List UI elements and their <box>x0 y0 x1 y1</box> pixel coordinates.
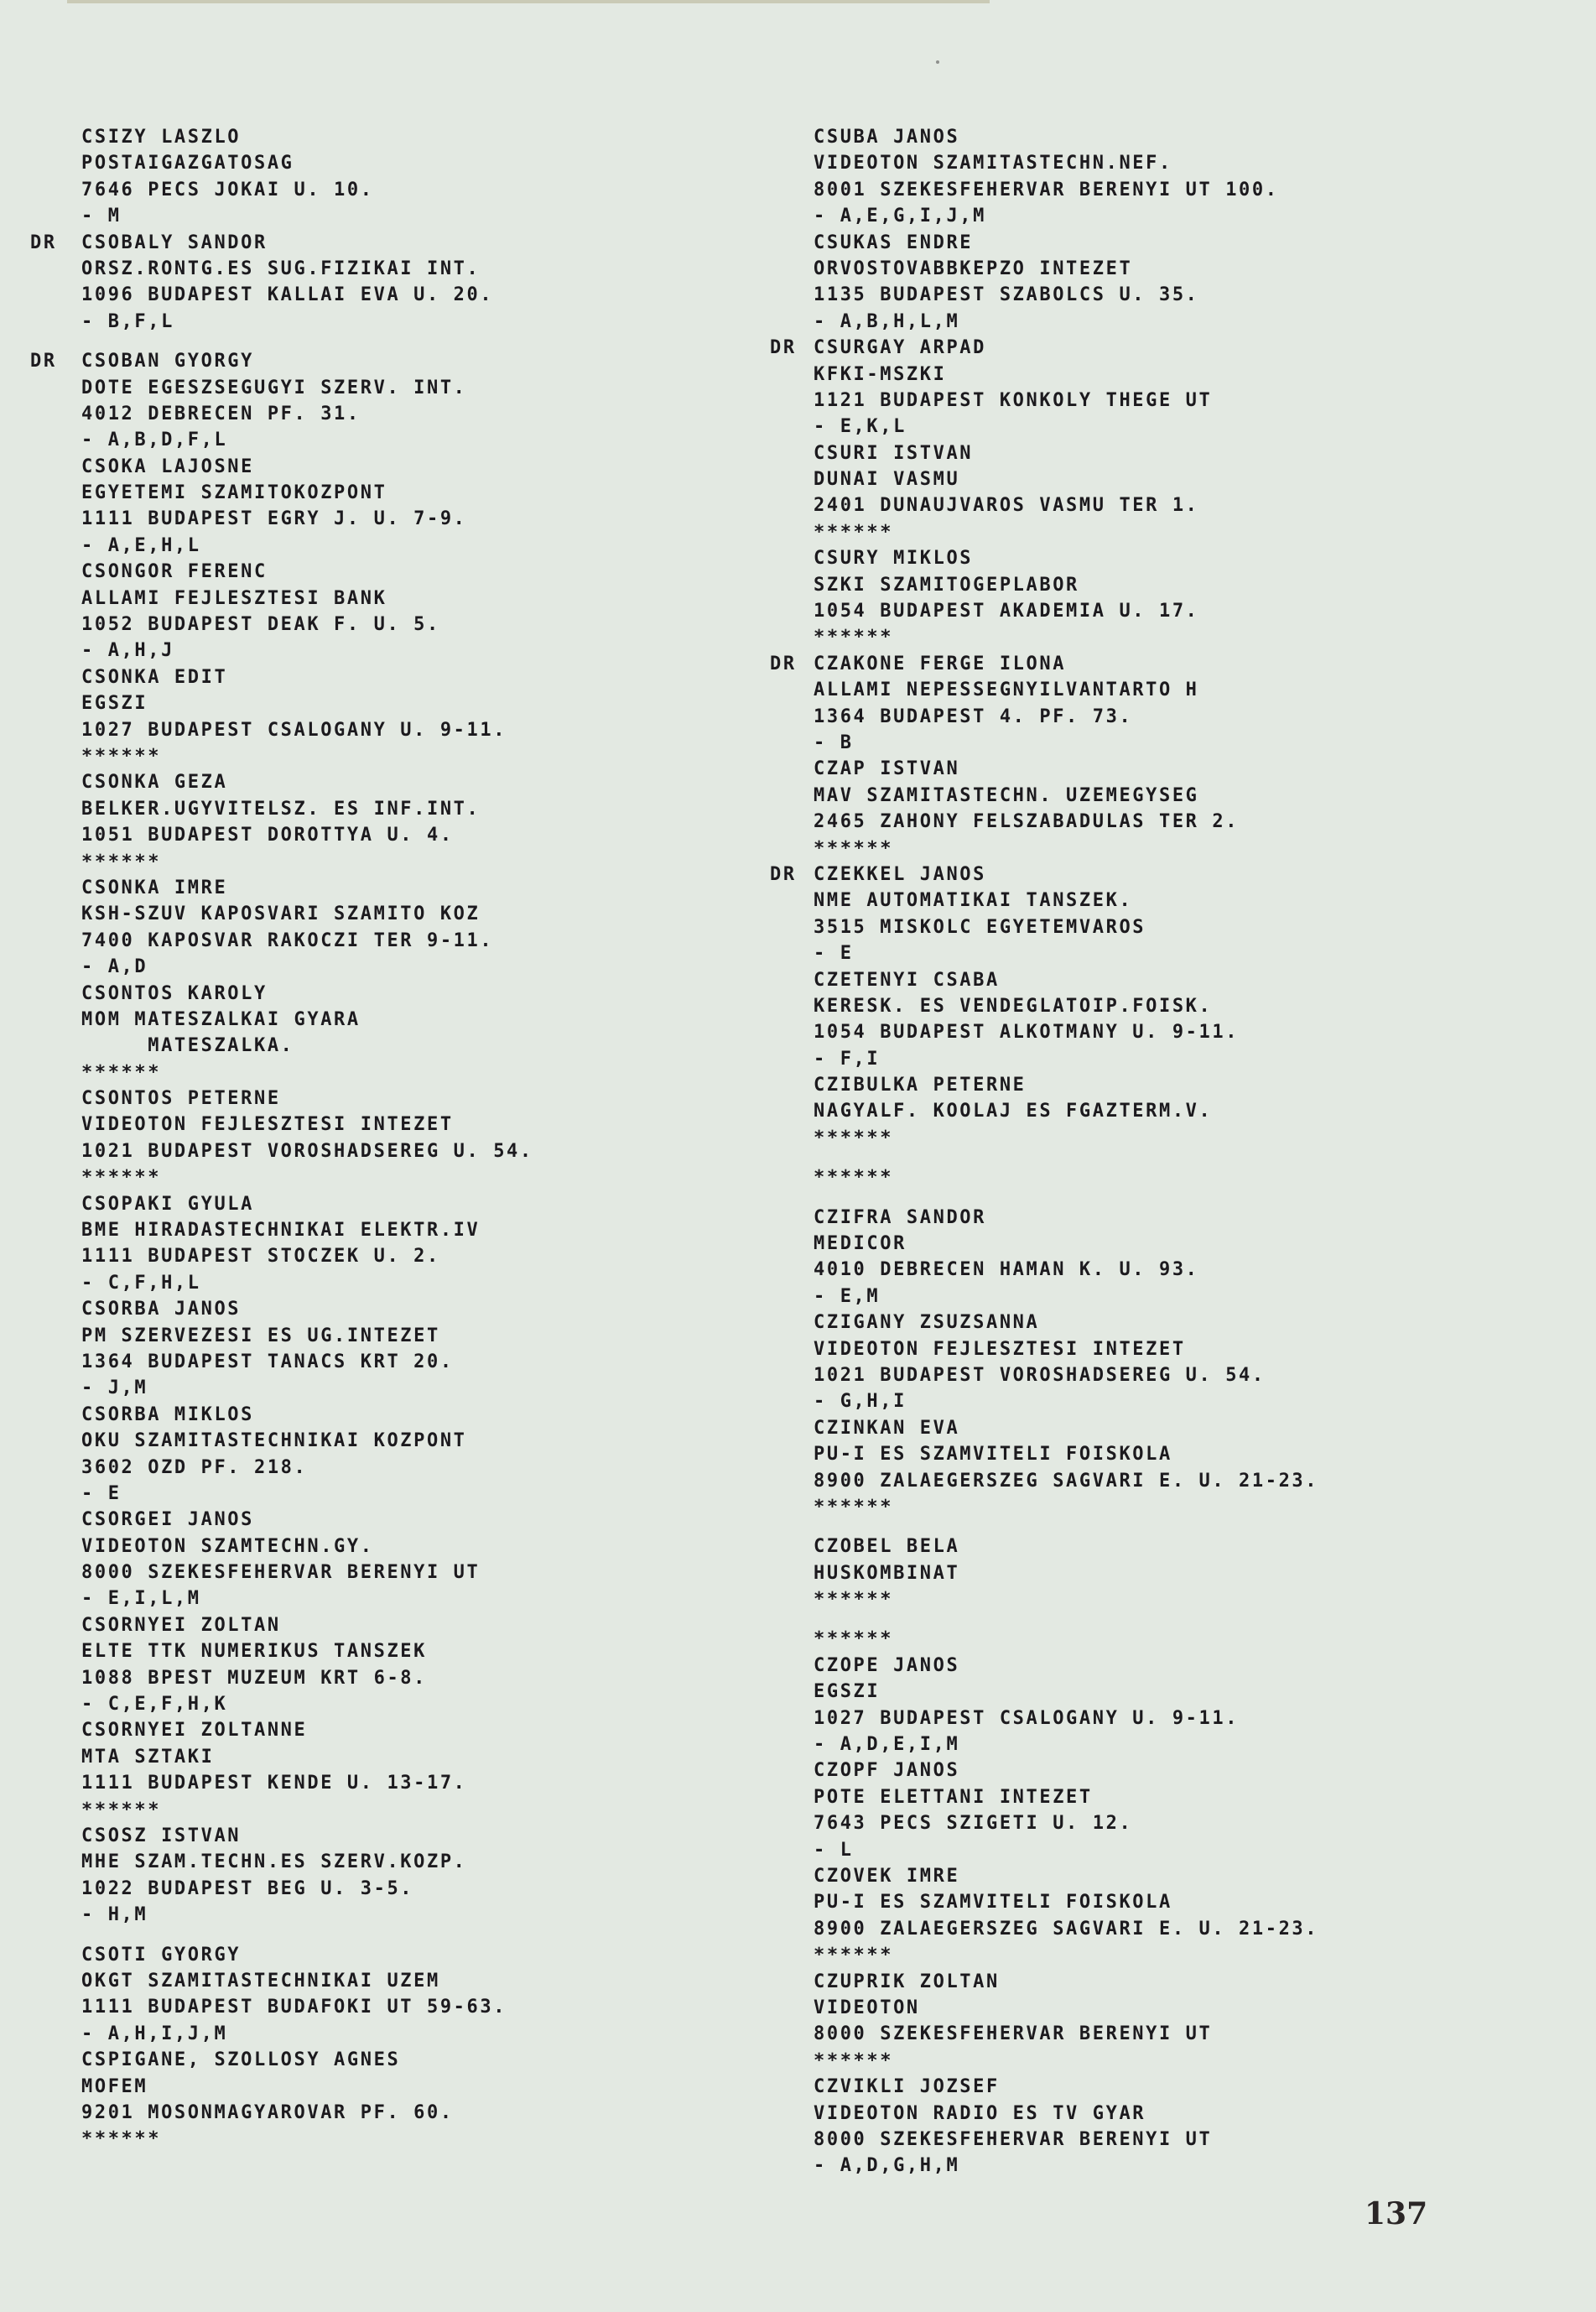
line-text: CZOPE JANOS <box>814 1653 959 1679</box>
entry-codes: - E,K,L <box>770 414 1525 440</box>
directory-line: BELKER.UGYVITELSZ. ES INF.INT. <box>30 796 718 822</box>
directory-line: HUSKOMBINAT <box>770 1560 1525 1586</box>
line-text: CSONTOS KAROLY <box>81 981 268 1007</box>
line-text: ALLAMI NEPESSEGNYILVANTARTO H <box>814 677 1199 703</box>
line-text: - E,I,L,M <box>81 1586 201 1612</box>
directory-line: CSONKA GEZA <box>30 769 718 795</box>
directory-line: ALLAMI FEJLESZTESI BANK <box>30 586 718 612</box>
entry-codes: - C,E,F,H,K <box>30 1691 718 1717</box>
line-text: 1364 BUDAPEST 4. PF. 73. <box>814 704 1132 730</box>
line-text: MTA SZTAKI <box>81 1744 214 1770</box>
entry-separator: ****** <box>770 624 1525 650</box>
line-text: - A,D,E,I,M <box>814 1731 959 1757</box>
entry-separator: ****** <box>770 1125 1525 1151</box>
line-text: MEDICOR <box>814 1231 907 1257</box>
line-text: DUNAI VASMU <box>814 466 959 492</box>
line-text: CZOBEL BELA <box>814 1534 959 1560</box>
directory-line: 8000 SZEKESFEHERVAR BERENYI UT <box>770 2127 1525 2153</box>
line-text: CZVIKLI JOZSEF <box>814 2074 1000 2100</box>
line-text: - E,M <box>814 1284 880 1310</box>
line-text: 1027 BUDAPEST CSALOGANY U. 9-11. <box>814 1705 1239 1731</box>
line-text: - A,B,H,L,M <box>814 309 959 335</box>
directory-line: VIDEOTON FEJLESZTESI INTEZET <box>30 1112 718 1138</box>
line-text: CSOSZ ISTVAN <box>81 1823 241 1849</box>
directory-line: 1111 BUDAPEST STOCZEK U. 2. <box>30 1243 718 1269</box>
page-top-edge <box>67 0 990 3</box>
line-text: POSTAIGAZGATOSAG <box>81 150 294 176</box>
line-text: - F,I <box>814 1046 880 1072</box>
directory-line: CZOPE JANOS <box>770 1653 1525 1679</box>
line-text: - B <box>814 730 854 756</box>
line-text: CSOTI GYORGY <box>81 1942 241 1968</box>
directory-line: 1051 BUDAPEST DOROTTYA U. 4. <box>30 822 718 848</box>
line-text: ****** <box>81 2126 161 2152</box>
directory-line: MTA SZTAKI <box>30 1744 718 1770</box>
line-text: CSURGAY ARPAD <box>814 335 986 361</box>
directory-line: CZIBULKA PETERNE <box>770 1072 1525 1098</box>
line-text: CZOVEK IMRE <box>814 1863 959 1889</box>
line-text: CZIFRA SANDOR <box>814 1205 986 1231</box>
line-text: NME AUTOMATIKAI TANSZEK. <box>814 888 1132 914</box>
entry-separator: ****** <box>770 836 1525 862</box>
directory-line: CSOPAKI GYULA <box>30 1191 718 1217</box>
entry-codes: - J,M <box>30 1375 718 1401</box>
line-text: VIDEOTON SZAMITASTECHN.NEF. <box>814 150 1172 176</box>
directory-line: 3515 MISKOLC EGYETEMVAROS <box>770 914 1525 940</box>
line-text: 7646 PECS JOKAI U. 10. <box>81 177 374 203</box>
line-text: CZAKONE FERGE ILONA <box>814 651 1066 677</box>
line-text: CZEKKEL JANOS <box>814 862 986 888</box>
directory-line: EGYETEMI SZAMITOKOZPONT <box>30 480 718 506</box>
title-prefix: DR <box>770 335 819 361</box>
directory-line: CSONGOR FERENC <box>30 559 718 585</box>
entry-codes: - E <box>770 940 1525 966</box>
page-number: 137 <box>1365 2196 1427 2231</box>
line-text: BME HIRADASTECHNIKAI ELEKTR.IV <box>81 1217 480 1243</box>
line-text: - E <box>814 940 854 966</box>
directory-line: 1022 BUDAPEST BEG U. 3-5. <box>30 1876 718 1902</box>
line-text: - M <box>81 203 122 229</box>
line-text: ****** <box>814 1942 893 1968</box>
line-text: CSOBALY SANDOR <box>81 230 268 256</box>
directory-line: CSORNYEI ZOLTAN <box>30 1612 718 1638</box>
directory-line: BME HIRADASTECHNIKAI ELEKTR.IV <box>30 1217 718 1243</box>
directory-line: 2465 ZAHONY FELSZABADULAS TER 2. <box>770 809 1525 835</box>
directory-line: VIDEOTON FEJLESZTESI INTEZET <box>770 1336 1525 1362</box>
line-text: CSOKA LAJOSNE <box>81 454 254 480</box>
directory-line: 1021 BUDAPEST VOROSHADSEREG U. 54. <box>30 1138 718 1164</box>
line-text: CSORNYEI ZOLTANNE <box>81 1717 307 1743</box>
directory-line: POTE ELETTANI INTEZET <box>770 1784 1525 1810</box>
line-text: - J,M <box>81 1375 148 1401</box>
directory-line: POSTAIGAZGATOSAG <box>30 150 718 176</box>
directory-line: 1364 BUDAPEST 4. PF. 73. <box>770 704 1525 730</box>
line-text: 8001 SZEKESFEHERVAR BERENYI UT 100. <box>814 177 1279 203</box>
line-text: PU-I ES SZAMVITELI FOISKOLA <box>814 1441 1172 1467</box>
line-text: 1027 BUDAPEST CSALOGANY U. 9-11. <box>81 717 507 743</box>
line-text: 8000 SZEKESFEHERVAR BERENYI UT <box>814 2021 1212 2047</box>
line-text: ELTE TTK NUMERIKUS TANSZEK <box>81 1638 427 1664</box>
directory-line: DRCSOBALY SANDOR <box>30 230 718 256</box>
line-text: CSOBAN GYORGY <box>81 348 254 374</box>
line-text: ****** <box>814 836 893 862</box>
line-text: 1052 BUDAPEST DEAK F. U. 5. <box>81 612 440 638</box>
directory-line: EGSZI <box>770 1679 1525 1705</box>
line-text: - B,F,L <box>81 309 174 335</box>
entry-codes: - E,I,L,M <box>30 1586 718 1612</box>
line-text: NAGYALF. KOOLAJ ES FGAZTERM.V. <box>814 1098 1212 1124</box>
line-text: OKGT SZAMITASTECHNIKAI UZEM <box>81 1968 440 1994</box>
directory-line: 8000 SZEKESFEHERVAR BERENYI UT <box>30 1560 718 1586</box>
directory-line: 1111 BUDAPEST BUDAFOKI UT 59-63. <box>30 1994 718 2020</box>
line-text: ****** <box>81 1797 161 1823</box>
entry-separator: ****** <box>770 1942 1525 1968</box>
directory-line: VIDEOTON <box>770 1995 1525 2021</box>
line-text: CZAP ISTVAN <box>814 756 959 782</box>
entry-separator: ****** <box>770 1626 1525 1652</box>
line-text: PM SZERVEZESI ES UG.INTEZET <box>81 1323 440 1349</box>
line-text: EGSZI <box>814 1679 880 1705</box>
line-text: VIDEOTON RADIO ES TV GYAR <box>814 2101 1146 2127</box>
directory-line: PM SZERVEZESI ES UG.INTEZET <box>30 1323 718 1349</box>
line-text: KSH-SZUV KAPOSVARI SZAMITO KOZ <box>81 901 480 927</box>
line-text: EGYETEMI SZAMITOKOZPONT <box>81 480 387 506</box>
entry-separator: ****** <box>30 743 718 769</box>
line-text: VIDEOTON SZAMTECHN.GY. <box>81 1534 374 1560</box>
line-text: - A,D,G,H,M <box>814 2153 959 2179</box>
directory-line: CSORNYEI ZOLTANNE <box>30 1717 718 1743</box>
directory-column-right: CSUBA JANOSVIDEOTON SZAMITASTECHN.NEF.80… <box>770 124 1525 2179</box>
line-text: 1021 BUDAPEST VOROSHADSEREG U. 54. <box>814 1362 1266 1388</box>
line-text: CSORBA JANOS <box>81 1296 241 1322</box>
title-prefix: DR <box>770 651 819 677</box>
line-text: MATESZALKA. <box>81 1033 294 1059</box>
directory-line: 4010 DEBRECEN HAMAN K. U. 93. <box>770 1257 1525 1283</box>
entry-codes: - A,D <box>30 954 718 980</box>
line-text: ****** <box>814 519 893 545</box>
line-text: VIDEOTON <box>814 1995 920 2021</box>
line-text: CSUKAS ENDRE <box>814 230 973 256</box>
directory-line: CSIZY LASZLO <box>30 124 718 150</box>
line-text: MOFEM <box>81 2074 148 2100</box>
entry-separator: ****** <box>770 1164 1525 1190</box>
directory-line: 8900 ZALAEGERSZEG SAGVARI E. U. 21-23. <box>770 1468 1525 1494</box>
directory-line: 7643 PECS SZIGETI U. 12. <box>770 1810 1525 1836</box>
line-text: - A,E,H,L <box>81 533 201 559</box>
directory-line: CSONKA IMRE <box>30 875 718 901</box>
line-text: CZINKAN EVA <box>814 1415 959 1441</box>
directory-line: CZOVEK IMRE <box>770 1863 1525 1889</box>
directory-line: 1111 BUDAPEST KENDE U. 13-17. <box>30 1770 718 1796</box>
directory-line: 8001 SZEKESFEHERVAR BERENYI UT 100. <box>770 177 1525 203</box>
entry-codes: - A,E,H,L <box>30 533 718 559</box>
entry-codes: - A,H,J <box>30 638 718 664</box>
directory-line: 1121 BUDAPEST KONKOLY THEGE UT <box>770 388 1525 414</box>
directory-line: DRCZEKKEL JANOS <box>770 862 1525 888</box>
entry-separator: ****** <box>30 1164 718 1190</box>
line-text: 1051 BUDAPEST DOROTTYA U. 4. <box>81 822 454 848</box>
directory-line: CZUPRIK ZOLTAN <box>770 1969 1525 1995</box>
directory-line: 8900 ZALAEGERSZEG SAGVARI E. U. 21-23. <box>770 1916 1525 1942</box>
entry-separator: ****** <box>770 519 1525 545</box>
line-text: CSONTOS PETERNE <box>81 1086 281 1112</box>
directory-line: OKU SZAMITASTECHNIKAI KOZPONT <box>30 1428 718 1454</box>
line-text: 8000 SZEKESFEHERVAR BERENYI UT <box>81 1560 480 1586</box>
directory-line: ELTE TTK NUMERIKUS TANSZEK <box>30 1638 718 1664</box>
line-text: 1111 BUDAPEST EGRY J. U. 7-9. <box>81 506 467 532</box>
directory-line: 4012 DEBRECEN PF. 31. <box>30 401 718 427</box>
line-text: KERESK. ES VENDEGLATOIP.FOISK. <box>814 993 1212 1019</box>
line-text: CSURY MIKLOS <box>814 545 973 571</box>
line-text: 1111 BUDAPEST KENDE U. 13-17. <box>81 1770 467 1796</box>
directory-line: CSORGEI JANOS <box>30 1507 718 1533</box>
line-text: 3602 OZD PF. 218. <box>81 1455 307 1481</box>
line-text: VIDEOTON FEJLESZTESI INTEZET <box>814 1336 1186 1362</box>
line-text: 3515 MISKOLC EGYETEMVAROS <box>814 914 1146 940</box>
line-text: CZOPF JANOS <box>814 1757 959 1783</box>
line-text: CSONKA EDIT <box>81 664 227 690</box>
line-text: CZUPRIK ZOLTAN <box>814 1969 1000 1995</box>
directory-line: 9201 MOSONMAGYAROVAR PF. 60. <box>30 2100 718 2126</box>
directory-line: KSH-SZUV KAPOSVARI SZAMITO KOZ <box>30 901 718 927</box>
line-text: CSONGOR FERENC <box>81 559 268 585</box>
entry-codes: - B <box>770 730 1525 756</box>
directory-line: SZKI SZAMITOGEPLABOR <box>770 572 1525 598</box>
line-text: - C,F,H,L <box>81 1270 201 1296</box>
line-text: 1054 BUDAPEST ALKOTMANY U. 9-11. <box>814 1019 1239 1045</box>
line-text: 1364 BUDAPEST TANACS KRT 20. <box>81 1349 454 1375</box>
line-text: 4012 DEBRECEN PF. 31. <box>81 401 361 427</box>
line-text: - E,K,L <box>814 414 907 440</box>
directory-line: 8000 SZEKESFEHERVAR BERENYI UT <box>770 2021 1525 2047</box>
line-text: ****** <box>81 1164 161 1190</box>
line-text: 1088 BPEST MUZEUM KRT 6-8. <box>81 1665 427 1691</box>
line-text: CSORGEI JANOS <box>81 1507 254 1533</box>
entry-separator: ****** <box>30 2126 718 2152</box>
line-text: MOM MATESZALKAI GYARA <box>81 1007 361 1033</box>
entry-codes: - A,E,G,I,J,M <box>770 203 1525 229</box>
entry-codes: - L <box>770 1837 1525 1863</box>
directory-line: CSONKA EDIT <box>30 664 718 690</box>
line-text: ALLAMI FEJLESZTESI BANK <box>81 586 387 612</box>
line-text: - E <box>81 1481 122 1507</box>
line-text: 1054 BUDAPEST AKADEMIA U. 17. <box>814 598 1199 624</box>
directory-line: KFKI-MSZKI <box>770 362 1525 388</box>
line-text: CSORNYEI ZOLTAN <box>81 1612 281 1638</box>
entry-codes: - A,B,H,L,M <box>770 309 1525 335</box>
line-text: - A,H,J <box>81 638 174 664</box>
directory-line: KERESK. ES VENDEGLATOIP.FOISK. <box>770 993 1525 1019</box>
line-text: ****** <box>81 743 161 769</box>
title-prefix: DR <box>30 230 79 256</box>
entry-codes: - A,D,E,I,M <box>770 1731 1525 1757</box>
line-text: - L <box>814 1837 854 1863</box>
line-text: 1096 BUDAPEST KALLAI EVA U. 20. <box>81 282 493 308</box>
line-text: 1022 BUDAPEST BEG U. 3-5. <box>81 1876 413 1902</box>
entry-separator: ****** <box>30 1797 718 1823</box>
directory-line: CSURI ISTVAN <box>770 440 1525 466</box>
directory-line: NAGYALF. KOOLAJ ES FGAZTERM.V. <box>770 1098 1525 1124</box>
directory-line: VIDEOTON SZAMITASTECHN.NEF. <box>770 150 1525 176</box>
directory-line: 7646 PECS JOKAI U. 10. <box>30 177 718 203</box>
line-text: 7400 KAPOSVAR RAKOCZI TER 9-11. <box>81 928 493 954</box>
directory-line: 1135 BUDAPEST SZABOLCS U. 35. <box>770 282 1525 308</box>
directory-line: 1054 BUDAPEST AKADEMIA U. 17. <box>770 598 1525 624</box>
directory-line: CZIGANY ZSUZSANNA <box>770 1310 1525 1336</box>
line-text: ****** <box>814 624 893 650</box>
line-text: ****** <box>814 1494 893 1520</box>
line-text: CSPIGANE, SZOLLOSY AGNES <box>81 2047 400 2073</box>
line-text: 1111 BUDAPEST BUDAFOKI UT 59-63. <box>81 1994 507 2020</box>
entry-separator: ****** <box>30 849 718 875</box>
directory-line: VIDEOTON RADIO ES TV GYAR <box>770 2101 1525 2127</box>
line-text: CSORBA MIKLOS <box>81 1402 254 1428</box>
directory-line: VIDEOTON SZAMTECHN.GY. <box>30 1534 718 1560</box>
directory-line: MATESZALKA. <box>30 1033 718 1059</box>
line-text: DOTE EGESZSEGUGYI SZERV. INT. <box>81 375 467 401</box>
directory-line: DUNAI VASMU <box>770 466 1525 492</box>
entry-codes: - A,D,G,H,M <box>770 2153 1525 2179</box>
line-text: CSURI ISTVAN <box>814 440 973 466</box>
line-text: 7643 PECS SZIGETI U. 12. <box>814 1810 1132 1836</box>
entry-separator: ****** <box>770 1494 1525 1520</box>
line-text: HUSKOMBINAT <box>814 1560 959 1586</box>
entry-separator: ****** <box>770 2048 1525 2074</box>
entry-codes: - M <box>30 203 718 229</box>
line-text: ****** <box>814 1626 893 1652</box>
line-text: CSUBA JANOS <box>814 124 959 150</box>
paper-speck <box>936 60 939 64</box>
directory-line: CSOSZ ISTVAN <box>30 1823 718 1849</box>
line-text: CSOPAKI GYULA <box>81 1191 254 1217</box>
directory-line: CSONTOS PETERNE <box>30 1086 718 1112</box>
directory-column-left: CSIZY LASZLOPOSTAIGAZGATOSAG7646 PECS JO… <box>30 124 718 2153</box>
line-text: 8900 ZALAEGERSZEG SAGVARI E. U. 21-23. <box>814 1468 1318 1494</box>
line-text: - A,H,I,J,M <box>81 2021 227 2047</box>
line-text: 8900 ZALAEGERSZEG SAGVARI E. U. 21-23. <box>814 1916 1318 1942</box>
line-text: CZETENYI CSABA <box>814 967 1000 993</box>
directory-line: 1364 BUDAPEST TANACS KRT 20. <box>30 1349 718 1375</box>
directory-line: NME AUTOMATIKAI TANSZEK. <box>770 888 1525 914</box>
directory-line: DRCSOBAN GYORGY <box>30 348 718 374</box>
directory-line: EGSZI <box>30 690 718 716</box>
line-text: MAV SZAMITASTECHN. UZEMEGYSEG <box>814 783 1199 809</box>
line-text: CSONKA IMRE <box>81 875 227 901</box>
line-text: 4010 DEBRECEN HAMAN K. U. 93. <box>814 1257 1199 1283</box>
directory-line: 2401 DUNAUJVAROS VASMU TER 1. <box>770 492 1525 518</box>
directory-line: CZIFRA SANDOR <box>770 1205 1525 1231</box>
directory-line: DRCSURGAY ARPAD <box>770 335 1525 361</box>
line-text: 9201 MOSONMAGYAROVAR PF. 60. <box>81 2100 454 2126</box>
line-text: VIDEOTON FEJLESZTESI INTEZET <box>81 1112 454 1138</box>
directory-line: 3602 OZD PF. 218. <box>30 1455 718 1481</box>
line-text: ****** <box>81 1060 161 1086</box>
entry-codes: - A,H,I,J,M <box>30 2021 718 2047</box>
directory-line: CZOBEL BELA <box>770 1534 1525 1560</box>
directory-line: 1096 BUDAPEST KALLAI EVA U. 20. <box>30 282 718 308</box>
line-text: ****** <box>814 2048 893 2074</box>
directory-line: 1052 BUDAPEST DEAK F. U. 5. <box>30 612 718 638</box>
directory-line: ALLAMI NEPESSEGNYILVANTARTO H <box>770 677 1525 703</box>
directory-line: CSPIGANE, SZOLLOSY AGNES <box>30 2047 718 2073</box>
entry-separator: ****** <box>770 1586 1525 1612</box>
directory-line: 7400 KAPOSVAR RAKOCZI TER 9-11. <box>30 928 718 954</box>
directory-line: CZINKAN EVA <box>770 1415 1525 1441</box>
directory-line: MOM MATESZALKAI GYARA <box>30 1007 718 1033</box>
entry-codes: - E <box>30 1481 718 1507</box>
directory-line: 1054 BUDAPEST ALKOTMANY U. 9-11. <box>770 1019 1525 1045</box>
directory-line: CZVIKLI JOZSEF <box>770 2074 1525 2100</box>
directory-line: MHE SZAM.TECHN.ES SZERV.KOZP. <box>30 1849 718 1875</box>
line-text: - C,E,F,H,K <box>81 1691 227 1717</box>
directory-line: MAV SZAMITASTECHN. UZEMEGYSEG <box>770 783 1525 809</box>
directory-line: CSOTI GYORGY <box>30 1942 718 1968</box>
directory-line: 1021 BUDAPEST VOROSHADSEREG U. 54. <box>770 1362 1525 1388</box>
title-prefix: DR <box>770 862 819 888</box>
line-text: EGSZI <box>81 690 148 716</box>
line-text: - A,D <box>81 954 148 980</box>
line-text: 1021 BUDAPEST VOROSHADSEREG U. 54. <box>81 1138 533 1164</box>
directory-line: CSORBA MIKLOS <box>30 1402 718 1428</box>
line-text: 1111 BUDAPEST STOCZEK U. 2. <box>81 1243 440 1269</box>
entry-codes: - B,F,L <box>30 309 718 335</box>
line-text: ****** <box>814 1125 893 1151</box>
line-text: 2401 DUNAUJVAROS VASMU TER 1. <box>814 492 1199 518</box>
directory-line: 1027 BUDAPEST CSALOGANY U. 9-11. <box>770 1705 1525 1731</box>
line-text: 8000 SZEKESFEHERVAR BERENYI UT <box>814 2127 1212 2153</box>
directory-line: 1027 BUDAPEST CSALOGANY U. 9-11. <box>30 717 718 743</box>
line-text: ****** <box>81 849 161 875</box>
directory-line: CZETENYI CSABA <box>770 967 1525 993</box>
line-text: CSIZY LASZLO <box>81 124 241 150</box>
directory-line: ORVOSTOVABBKEPZO INTEZET <box>770 256 1525 282</box>
directory-line: MOFEM <box>30 2074 718 2100</box>
directory-line: CSORBA JANOS <box>30 1296 718 1322</box>
directory-line: CZOPF JANOS <box>770 1757 1525 1783</box>
line-text: POTE ELETTANI INTEZET <box>814 1784 1093 1810</box>
entry-codes: - H,M <box>30 1902 718 1928</box>
line-text: BELKER.UGYVITELSZ. ES INF.INT. <box>81 796 480 822</box>
line-text: - A,E,G,I,J,M <box>814 203 986 229</box>
directory-line: DOTE EGESZSEGUGYI SZERV. INT. <box>30 375 718 401</box>
directory-line: MEDICOR <box>770 1231 1525 1257</box>
directory-line: DRCZAKONE FERGE ILONA <box>770 651 1525 677</box>
entry-codes: - F,I <box>770 1046 1525 1072</box>
directory-line: CSURY MIKLOS <box>770 545 1525 571</box>
line-text: - H,M <box>81 1902 148 1928</box>
entry-codes: - A,B,D,F,L <box>30 427 718 453</box>
directory-line: PU-I ES SZAMVITELI FOISKOLA <box>770 1889 1525 1915</box>
line-text: ****** <box>814 1586 893 1612</box>
line-text: OKU SZAMITASTECHNIKAI KOZPONT <box>81 1428 467 1454</box>
line-text: KFKI-MSZKI <box>814 362 946 388</box>
line-text: CZIGANY ZSUZSANNA <box>814 1310 1039 1336</box>
line-text: MHE SZAM.TECHN.ES SZERV.KOZP. <box>81 1849 467 1875</box>
entry-codes: - C,F,H,L <box>30 1270 718 1296</box>
line-text: SZKI SZAMITOGEPLABOR <box>814 572 1079 598</box>
directory-line: CSOKA LAJOSNE <box>30 454 718 480</box>
directory-line: 1111 BUDAPEST EGRY J. U. 7-9. <box>30 506 718 532</box>
line-text: CSONKA GEZA <box>81 769 227 795</box>
entry-codes: - E,M <box>770 1284 1525 1310</box>
directory-line: ORSZ.RONTG.ES SUG.FIZIKAI INT. <box>30 256 718 282</box>
line-text: 2465 ZAHONY FELSZABADULAS TER 2. <box>814 809 1239 835</box>
line-text: 1121 BUDAPEST KONKOLY THEGE UT <box>814 388 1212 414</box>
entry-separator: ****** <box>30 1060 718 1086</box>
directory-line: OKGT SZAMITASTECHNIKAI UZEM <box>30 1968 718 1994</box>
line-text: 1135 BUDAPEST SZABOLCS U. 35. <box>814 282 1199 308</box>
title-prefix: DR <box>30 348 79 374</box>
